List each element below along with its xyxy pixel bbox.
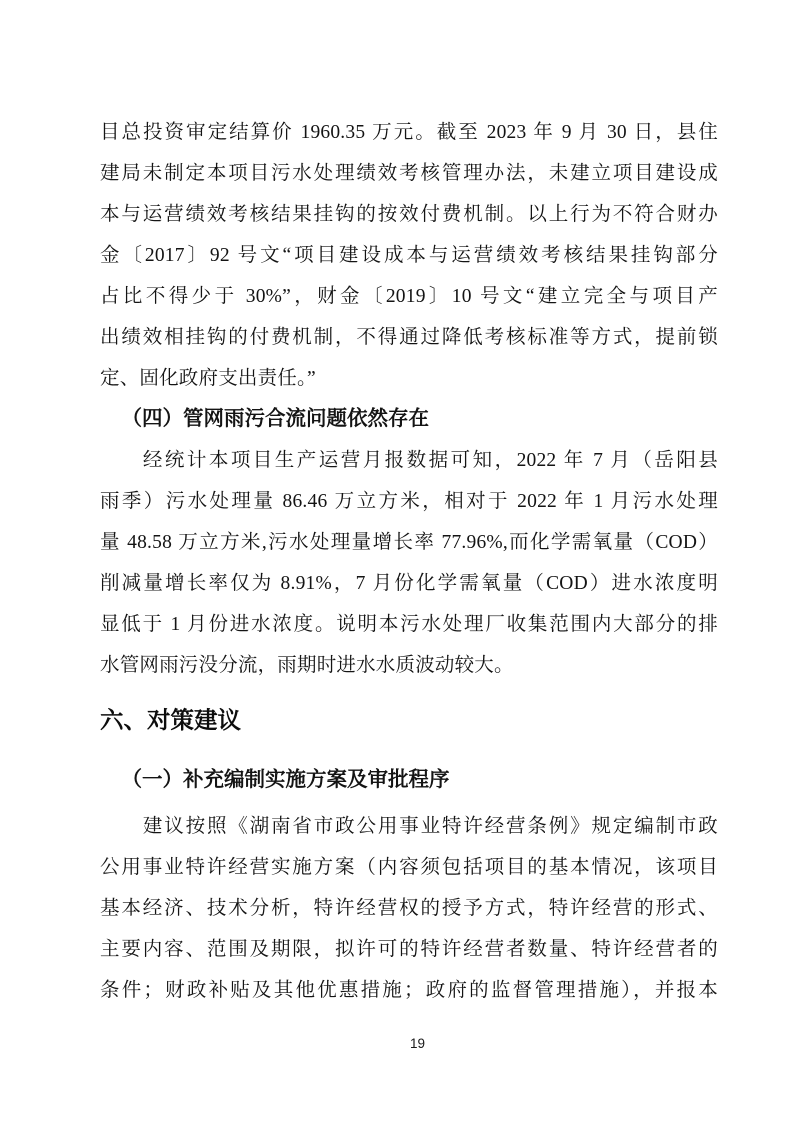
body-line: 显低于 1 月份进水浓度。说明本污水处理厂收集范围内大部分的排 xyxy=(100,604,718,645)
body-line: 本与运营绩效考核结果挂钩的按效付费机制。以上行为不符合财办 xyxy=(100,194,718,235)
body-line: 基本经济、技术分析，特许经营权的授予方式，特许经营的形式、 xyxy=(100,888,718,929)
body-line: 雨季）污水处理量 86.46 万立方米，相对于 2022 年 1 月污水处理 xyxy=(100,481,718,522)
body-line: 占比不得少于 30%”，财金〔2019〕10 号文“建立完全与项目产 xyxy=(100,276,718,317)
document-page: 目总投资审定结算价 1960.35 万元。截至 2023 年 9 月 30 日，… xyxy=(0,0,793,1122)
body-line: 经统计本项目生产运营月报数据可知，2022 年 7 月（岳阳县 xyxy=(100,440,718,481)
body-line: 金〔2017〕92 号文“项目建设成本与运营绩效考核结果挂钩部分 xyxy=(100,235,718,276)
paragraph-cod-analysis: 经统计本项目生产运营月报数据可知，2022 年 7 月（岳阳县 雨季）污水处理量… xyxy=(100,440,718,686)
body-line: 定、固化政府支出责任。” xyxy=(100,358,718,399)
body-line: 公用事业特许经营实施方案（内容须包括项目的基本情况，该项目 xyxy=(100,847,718,888)
paragraph-suggestion: 建议按照《湖南省市政公用事业特许经营条例》规定编制市政 公用事业特许经营实施方案… xyxy=(100,806,718,1011)
section-heading-4: （四）管网雨污合流问题依然存在 xyxy=(100,399,718,440)
chapter-heading-6: 六、对策建议 xyxy=(100,696,718,744)
section-heading-1: （一）补充编制实施方案及审批程序 xyxy=(100,760,718,801)
body-line: 出绩效相挂钩的付费机制，不得通过降低考核标准等方式，提前锁 xyxy=(100,317,718,358)
body-line: 建局未制定本项目污水处理绩效考核管理办法，未建立项目建设成 xyxy=(100,153,718,194)
body-line: 主要内容、范围及期限，拟许可的特许经营者数量、特许经营者的 xyxy=(100,929,718,970)
content-column: 目总投资审定结算价 1960.35 万元。截至 2023 年 9 月 30 日，… xyxy=(100,112,718,1011)
body-line: 建议按照《湖南省市政公用事业特许经营条例》规定编制市政 xyxy=(100,806,718,847)
paragraph-continuation: 目总投资审定结算价 1960.35 万元。截至 2023 年 9 月 30 日，… xyxy=(100,112,718,399)
page-number: 19 xyxy=(0,1036,793,1051)
body-line: 削减量增长率仅为 8.91%，7 月份化学需氧量（COD）进水浓度明 xyxy=(100,563,718,604)
body-line: 目总投资审定结算价 1960.35 万元。截至 2023 年 9 月 30 日，… xyxy=(100,112,718,153)
body-line: 水管网雨污没分流，雨期时进水水质波动较大。 xyxy=(100,645,718,686)
body-line: 量 48.58 万立方米,污水处理量增长率 77.96%,而化学需氧量（COD） xyxy=(100,522,718,563)
body-line: 条件；财政补贴及其他优惠措施；政府的监督管理措施），并报本 xyxy=(100,970,718,1011)
